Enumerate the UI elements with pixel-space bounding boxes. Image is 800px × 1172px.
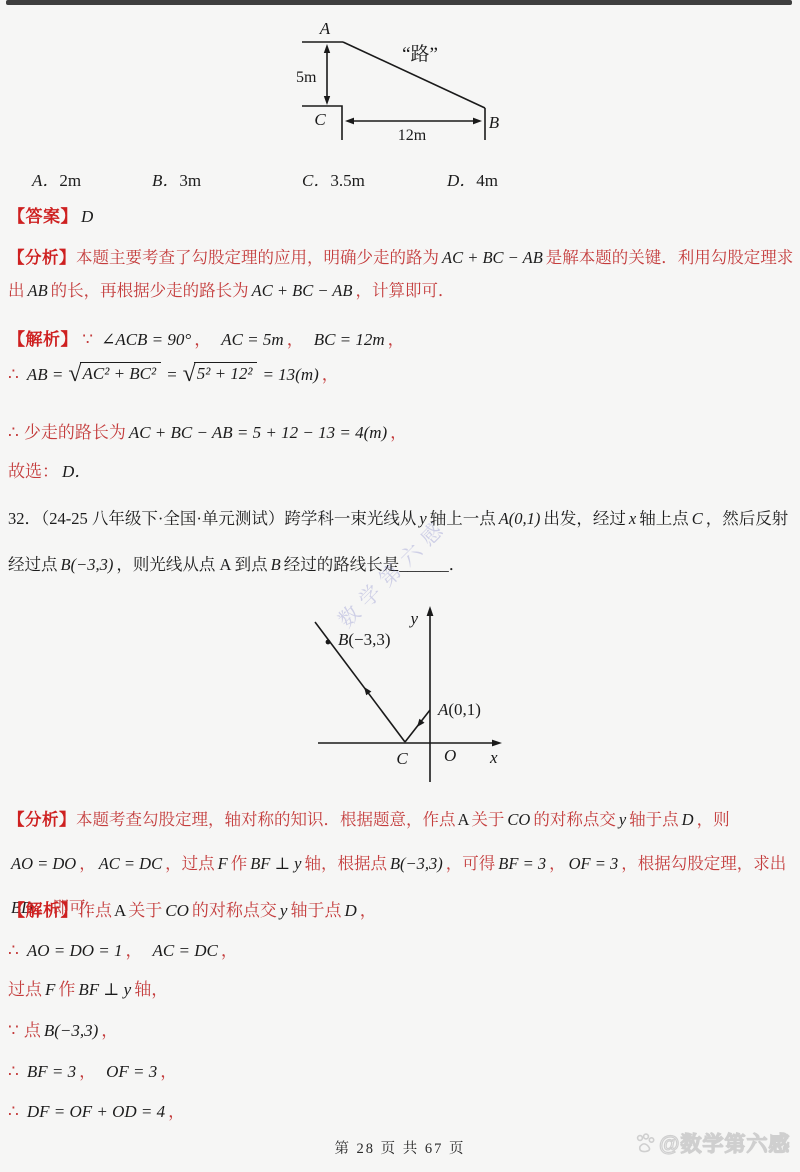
solution1-math: ∠ACB = 90° bbox=[98, 330, 194, 349]
red-comma: ， bbox=[101, 1021, 125, 1040]
option-d-letter: D． bbox=[447, 171, 476, 190]
because-symbol: ∵ bbox=[82, 330, 98, 349]
analysis2-math: y bbox=[616, 810, 629, 829]
option-a-letter: A． bbox=[32, 171, 59, 190]
solution2-text: 点 bbox=[24, 1021, 41, 1040]
analysis2-text: ，根据勾股定理，求出 bbox=[621, 854, 786, 873]
figure2-point-a-label: A(0,1) bbox=[437, 700, 481, 719]
option-d-value: 4m bbox=[476, 171, 498, 190]
option-b: B．3m bbox=[152, 166, 201, 191]
solution2-text: 作点 bbox=[78, 901, 112, 920]
analysis2-text: 的对称点交 bbox=[533, 810, 616, 829]
solution2-line-2: ∴AO = DO = 1，AC = DC， bbox=[8, 936, 794, 961]
solution2-math: CO bbox=[162, 901, 192, 920]
solution2-text: 作 bbox=[58, 980, 75, 999]
figure1-dim-12m: 12m bbox=[398, 127, 427, 144]
solution2-math: F bbox=[42, 980, 58, 999]
analysis2-math: CO bbox=[504, 810, 533, 829]
solution2-line-6: ∴DF = OF + OD = 4， bbox=[8, 1097, 794, 1122]
solution2-line-3: 过点F作BF ⊥ y轴， bbox=[8, 975, 794, 1000]
point-a-coords: (0,1) bbox=[448, 700, 481, 719]
solution2-point: A bbox=[112, 901, 128, 920]
analysis2-text: ， bbox=[79, 854, 96, 873]
analysis2-text: 轴于点 bbox=[629, 810, 679, 829]
red-comma: ， bbox=[360, 901, 384, 920]
solution2-text: 的对称点交 bbox=[192, 901, 277, 920]
radicand: 5² + 12² bbox=[194, 362, 258, 384]
figure1-label-a: A bbox=[319, 19, 331, 38]
solution1-line-1: 【解析】 ∵∠ACB = 90°，AC = 5m，BC = 12m， bbox=[8, 325, 794, 350]
answer-label: 【答案】 bbox=[8, 207, 78, 226]
solution2-line-4: ∵点B(−3,3)， bbox=[8, 1016, 794, 1041]
red-comma: ， bbox=[287, 330, 311, 349]
analysis1-text: 本题主要考查了勾股定理的应用，明确少走的路为 bbox=[76, 248, 439, 267]
solution2-math: D bbox=[341, 901, 359, 920]
question-text: （24-25 八年级下·全国·单元测试）跨学科一束光线从 bbox=[41, 509, 416, 528]
red-comma: ， bbox=[160, 1062, 184, 1081]
analysis-paragraph-1: 【分析】本题主要考查了勾股定理的应用，明确少走的路为AC + BC − AB是解… bbox=[8, 241, 794, 307]
analysis1-text: 的长，再根据少走的路长为 bbox=[51, 281, 249, 300]
solution1-math: AC = 5m bbox=[218, 330, 286, 349]
analysis2-text: ，可得 bbox=[446, 854, 496, 873]
figure-coordinate-reflection: y x O C A(0,1) B(−3,3) bbox=[298, 598, 508, 788]
question-math: C bbox=[689, 509, 706, 528]
analysis2-text: 本题考查勾股定理，轴对称的知识．根据题意，作点 bbox=[76, 810, 456, 829]
solution2-text: 关于 bbox=[128, 901, 162, 920]
solution2-math: y bbox=[277, 901, 291, 920]
page-top-edge bbox=[6, 0, 792, 5]
question-number: 32． bbox=[8, 509, 41, 528]
question-text: 轴上点 bbox=[639, 509, 689, 528]
solution2-math: B(−3,3) bbox=[41, 1021, 101, 1040]
therefore-symbol: ∴ bbox=[8, 1062, 24, 1081]
question-text: ，则光线从点 A 到点 bbox=[116, 555, 267, 574]
solution2-math: BF = 3 bbox=[24, 1062, 79, 1081]
option-a: A．2m bbox=[32, 166, 81, 191]
solution1-math: AC + BC − AB = 5 + 12 − 13 = 4(m) bbox=[126, 423, 390, 442]
question-text: 出发，经过 bbox=[543, 509, 626, 528]
figure2-origin-label: O bbox=[444, 746, 456, 765]
solution2-line-5: ∴BF = 3，OF = 3， bbox=[8, 1057, 794, 1082]
figure1-road-label: “路” bbox=[402, 43, 438, 65]
sqrt-symbol: √ bbox=[183, 363, 196, 385]
analysis2-math: OF = 3 bbox=[566, 854, 622, 873]
red-comma: ， bbox=[79, 1062, 103, 1081]
solution2-math: AC = DC bbox=[150, 941, 221, 960]
answer-value: D bbox=[78, 207, 96, 226]
answer-blank: ______ bbox=[399, 555, 449, 574]
red-comma: ， bbox=[168, 1102, 192, 1121]
solution1-math: AB = bbox=[24, 365, 67, 384]
option-a-value: 2m bbox=[59, 171, 81, 190]
solution2-math: OF = 3 bbox=[103, 1062, 160, 1081]
analysis2-text: ，过点 bbox=[165, 854, 215, 873]
analysis2-math: BF ⊥ y bbox=[247, 854, 304, 873]
analysis2-math: AO = DO bbox=[8, 854, 79, 873]
solution1-math: BC = 12m bbox=[311, 330, 388, 349]
solution2-line-1: 【解析】作点A关于CO的对称点交y轴于点D， bbox=[8, 896, 794, 921]
analysis2-text: ，则 bbox=[697, 810, 730, 829]
answer-line: 【答案】D bbox=[8, 202, 794, 227]
analysis2-text: ， bbox=[549, 854, 566, 873]
analysis2-point: A bbox=[456, 810, 472, 829]
point-a-letter: A bbox=[437, 700, 449, 719]
red-comma: ， bbox=[194, 330, 218, 349]
analysis2-text: 作 bbox=[231, 854, 248, 873]
analysis2-math: F bbox=[215, 854, 231, 873]
document-page: A “路” 5m C 12m B A．2m B．3m C．3.5m D．4m 【… bbox=[0, 0, 800, 1172]
analysis2-math: D bbox=[679, 810, 697, 829]
red-comma: ， bbox=[221, 941, 245, 960]
figure2-y-axis-label: y bbox=[408, 609, 418, 628]
option-c-letter: C． bbox=[302, 171, 330, 190]
point-b-coords: (−3,3) bbox=[348, 630, 390, 649]
analysis1-label: 【分析】 bbox=[8, 248, 76, 267]
solution2-text: 过点 bbox=[8, 980, 42, 999]
solution1-text: 故选： bbox=[8, 462, 59, 481]
figure2-point-b-label: B(−3,3) bbox=[338, 630, 391, 649]
figure2-x-axis-label: x bbox=[489, 748, 498, 767]
option-b-value: 3m bbox=[179, 171, 201, 190]
red-comma: ， bbox=[126, 941, 150, 960]
solution2-text: 轴， bbox=[134, 980, 168, 999]
therefore-symbol: ∴ bbox=[8, 941, 24, 960]
therefore-symbol: ∴ bbox=[8, 1102, 24, 1121]
solution1-line-3: ∴少走的路长为AC + BC − AB = 5 + 12 − 13 = 4(m)… bbox=[8, 418, 794, 443]
question-text: 经过的路线长是 bbox=[284, 555, 400, 574]
red-comma: ， bbox=[388, 330, 412, 349]
chosen-answer: D． bbox=[59, 462, 94, 481]
sqrt-expression: √5² + 12² bbox=[183, 362, 258, 384]
solution1-text: 少走的路长为 bbox=[24, 423, 126, 442]
sqrt-symbol: √ bbox=[68, 363, 81, 385]
solution2-math: BF ⊥ y bbox=[75, 980, 134, 999]
analysis1-math: AC + BC − AB bbox=[249, 281, 356, 300]
analysis2-text: 轴，根据点 bbox=[304, 854, 387, 873]
solution2-label: 【解析】 bbox=[8, 901, 78, 920]
analysis1-math: AB bbox=[25, 281, 51, 300]
solution1-conclusion: 故选：D． bbox=[8, 457, 794, 482]
choice-options-row: A．2m B．3m C．3.5m D．4m bbox=[0, 166, 800, 190]
question-math: A(0,1) bbox=[496, 509, 544, 528]
red-comma: ， bbox=[390, 423, 414, 442]
option-d: D．4m bbox=[447, 166, 498, 191]
radicand: AC² + BC² bbox=[80, 362, 162, 384]
question-math: B bbox=[268, 555, 284, 574]
therefore-symbol: ∴ bbox=[8, 365, 24, 384]
brand-watermark-text: @数学第六感 bbox=[659, 1128, 790, 1158]
figure-road-triangle: A “路” 5m C 12m B bbox=[288, 12, 508, 152]
analysis1-math: AC + BC − AB bbox=[439, 248, 546, 267]
figure1-dim-5m: 5m bbox=[296, 69, 317, 86]
solution2-math: AO = DO = 1 bbox=[24, 941, 126, 960]
analysis2-math: B(−3,3) bbox=[387, 854, 446, 873]
equals-sign: = bbox=[163, 365, 180, 384]
solution1-line-2: ∴AB =√AC² + BC²=√5² + 12²= 13(m)， bbox=[8, 360, 794, 385]
brand-watermark: @数学第六感 bbox=[633, 1128, 790, 1158]
solution2-text: 轴于点 bbox=[290, 901, 341, 920]
option-b-letter: B． bbox=[152, 171, 179, 190]
question-math: x bbox=[626, 509, 639, 528]
point-b-letter: B bbox=[338, 630, 349, 649]
solution1-label: 【解析】 bbox=[8, 330, 78, 349]
sqrt-expression: √AC² + BC² bbox=[68, 362, 161, 384]
figure2-point-c-label: C bbox=[396, 749, 408, 768]
question-text: ． bbox=[449, 555, 466, 574]
analysis1-text: ，计算即可． bbox=[355, 281, 454, 300]
question-math: y bbox=[416, 509, 429, 528]
because-symbol: ∵ bbox=[8, 1021, 24, 1040]
analysis2-label: 【分析】 bbox=[8, 810, 76, 829]
figure1-label-b: B bbox=[489, 113, 500, 132]
option-c-value: 3.5m bbox=[330, 171, 364, 190]
analysis2-math: AC = DC bbox=[96, 854, 165, 873]
analysis2-text: 关于 bbox=[471, 810, 504, 829]
option-c: C．3.5m bbox=[302, 166, 365, 191]
red-comma: ， bbox=[322, 365, 346, 384]
question-text: 轴上一点 bbox=[430, 509, 496, 528]
figure1-label-c: C bbox=[314, 110, 326, 129]
paw-icon bbox=[633, 1131, 657, 1155]
question-32-paragraph: 32．（24-25 八年级下·全国·单元测试）跨学科一束光线从y轴上一点A(0,… bbox=[8, 496, 794, 588]
analysis2-math: BF = 3 bbox=[495, 854, 549, 873]
solution1-math: = 13(m) bbox=[259, 365, 321, 384]
question-math: B(−3,3) bbox=[58, 555, 117, 574]
therefore-symbol: ∴ bbox=[8, 423, 24, 442]
solution2-math: DF = OF + OD = 4 bbox=[24, 1102, 168, 1121]
